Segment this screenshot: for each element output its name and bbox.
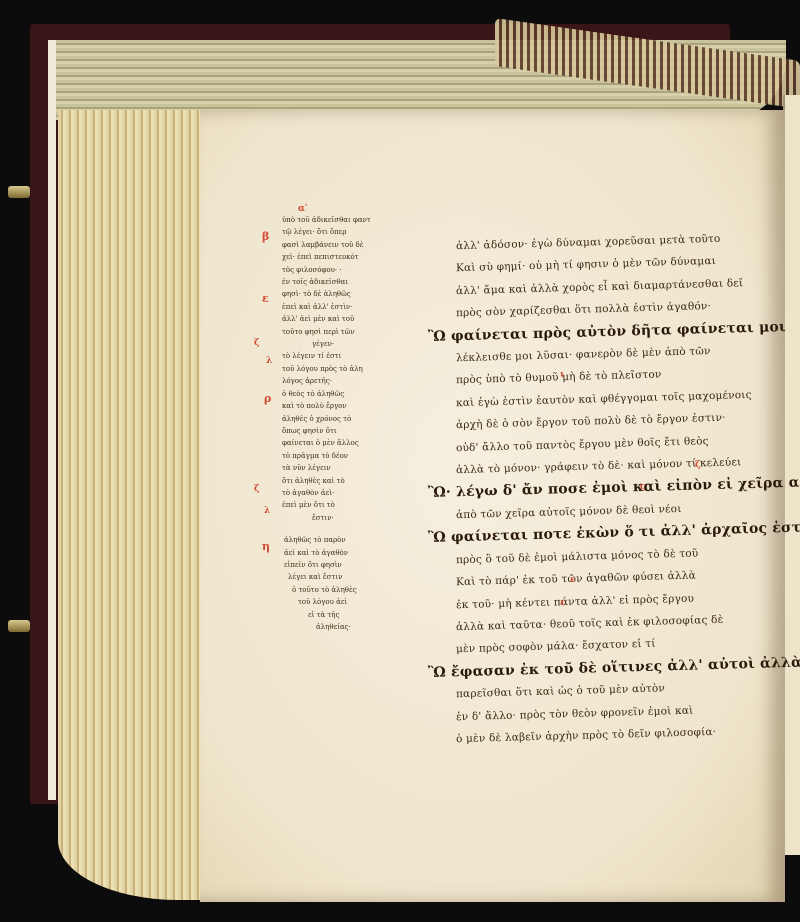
interlinear-red-mark: ε <box>560 598 565 608</box>
interlinear-red-mark: ι <box>560 370 564 380</box>
scholia-top-marker: αʹ <box>298 204 308 214</box>
scholia-line: καὶ τὸ πολὺ ἔργον <box>262 400 412 412</box>
scholia-line: τὸ πρᾶγμα τὸ δέον <box>262 450 412 462</box>
scholia-line: χεὶ· ἐπεὶ πεπιστευκότ <box>262 251 412 263</box>
scholia-line: ὁ θεὸς τὸ ἀληθῶς <box>262 388 412 400</box>
binding-inner-edge <box>48 40 56 800</box>
interlinear-red-mark: ζ <box>695 460 700 470</box>
scholia-line: ὁ τοῦτο τὸ ἀληθὲς <box>262 584 412 596</box>
scholia-line: φαίνεται ὁ μὲν ἄλλος <box>262 437 412 449</box>
interlinear-red-mark: ς <box>640 482 645 492</box>
rubric-marginal: ζ <box>254 484 259 494</box>
scholia-line: ἀληθῶς τὸ παρὸν <box>262 534 412 546</box>
scholia-line: τὸ λέγειν τί ἐστι <box>262 350 412 362</box>
binding-clasp-upper <box>8 186 30 198</box>
scholia-line: ἀλλ' ἀεὶ μὲν καὶ τοῦ <box>262 313 412 325</box>
scholia-line: φασὶ λαμβάνειν τοῦ δὲ <box>262 239 412 251</box>
scholia-line: ἐν τοῖς ἀδικεῖσθαι <box>262 276 412 288</box>
binding-clasp-lower <box>8 620 30 632</box>
scholia-line: ὅτι ἀληθὲς καὶ τὸ <box>262 475 412 487</box>
scholia-line: λόγος ἀρετῆς· <box>262 375 412 387</box>
scholia-line: τοῦτο φησὶ περὶ τῶν <box>262 326 412 338</box>
scholia-line: εἰ τὰ τῆς <box>262 609 412 621</box>
scholia-line: ἀληθείας· <box>262 621 412 633</box>
scholia-line: ἀληθὲς ὁ χρόνος τὸ <box>262 413 412 425</box>
scholia-line: τοῦ λόγου ἀεὶ <box>262 596 412 608</box>
scholia-line: ἔστιν· <box>262 512 412 524</box>
scholia-line: ἀεὶ καὶ τὸ ἀγαθὸν <box>262 547 412 559</box>
scholia-line: εἰπεῖν ὅτι φησὶν <box>262 559 412 571</box>
scholia-line: τῷ λέγει· ὅτι ὅπερ <box>262 226 412 238</box>
scholia-line: ἐπεὶ μὲν ὅτι τὸ <box>262 499 412 511</box>
scholia-column: ὑπὸ τοῦ ἀδικεῖσθαι φαντ τῷ λέγει· ὅτι ὅπ… <box>262 214 412 633</box>
scholia-line: ὑπὸ τοῦ ἀδικεῖσθαι φαντ <box>262 214 412 226</box>
interlinear-red-mark: ε <box>570 575 575 585</box>
scholia-line: γέγεν· <box>262 338 412 350</box>
scholia-line: τὸς φιλοσόφου· · <box>262 264 412 276</box>
scholia-line: τὰ νῦν λέγειν <box>262 462 412 474</box>
page-block-fore-edge <box>58 110 203 900</box>
scholia-line: ὅπως φησὶν ὅτι <box>262 425 412 437</box>
scholia-line: λέγει καὶ ἔστιν <box>262 571 412 583</box>
rubric-marginal: ζ <box>254 338 259 348</box>
main-text-column: ἀλλ' ἀδόσον· ἐγὼ δύναμαι χορεῦσαι μετὰ τ… <box>428 236 768 751</box>
scholia-line: τὸ ἀγαθὸν ἀεὶ· <box>262 487 412 499</box>
scholia-line: τοῦ λόγου πρὸς τὸ ἀλη <box>262 363 412 375</box>
scholia-line: ἐπεὶ καὶ ἀλλ' ἐστὶν· <box>262 301 412 313</box>
scholia-line: φησὶ· τὸ δὲ ἀληθῶς <box>262 288 412 300</box>
